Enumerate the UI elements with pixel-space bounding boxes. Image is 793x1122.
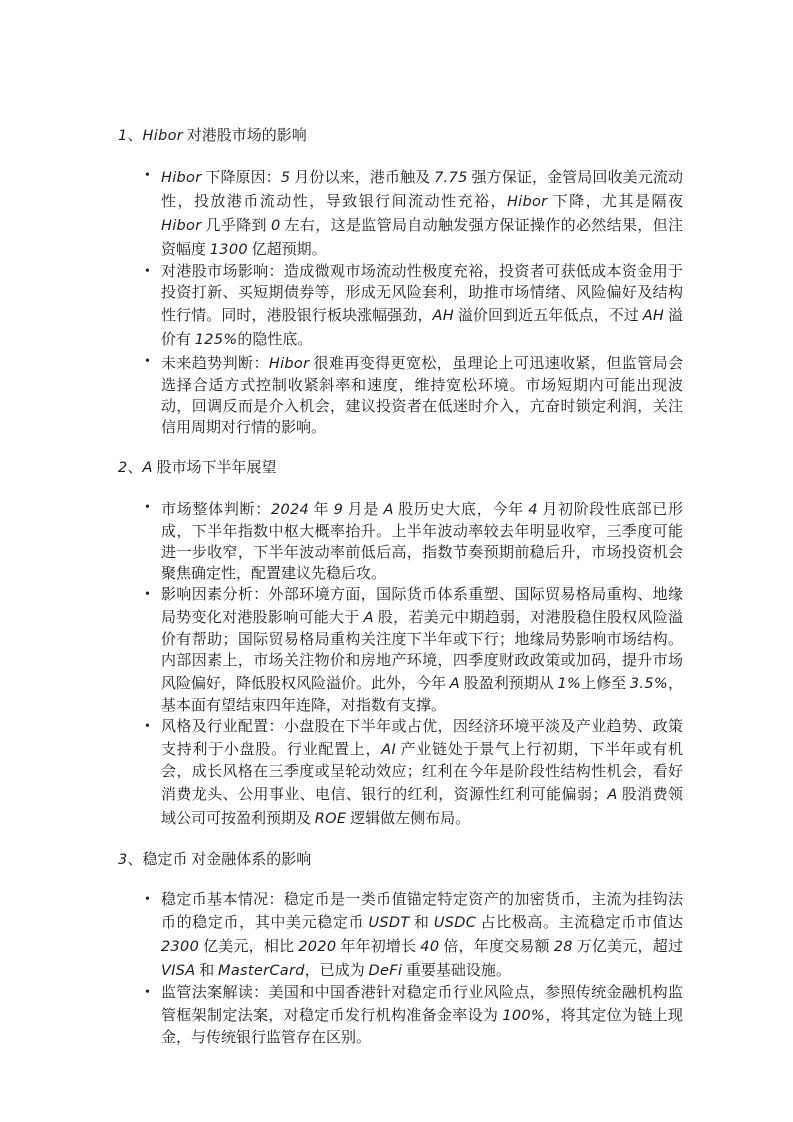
list-item: • 稳定币基本情况：稳定币是一类币值锚定特定资产的加密货币，主流为挂钩法币的稳定… (118, 890, 683, 983)
latin-text: USDT (368, 915, 409, 931)
list-item-text: 对港股市场影响：造成微观市场流动性极度充裕，投资者可获低成本资金用于投资打新、买… (161, 264, 683, 348)
document-content: 1、Hibor 对港股市场的影响 • Hibor 下降原因：5 月份以来，港币触… (0, 0, 793, 1049)
bullet-icon: • (145, 982, 150, 1003)
section-heading: 1、Hibor 对港股市场的影响 (118, 124, 683, 148)
latin-text: USDC (434, 915, 476, 931)
latin-text: 9 (334, 502, 344, 518)
latin-text: A (450, 676, 460, 692)
document-section: 2、A 股市场下半年展望 • 市场整体判断：2024 年 9 月是 A 股历史大… (118, 456, 683, 831)
list-item: • 市场整体判断：2024 年 9 月是 A 股历史大底，今年 4 月初阶段性底… (118, 498, 683, 585)
bullet-icon: • (145, 716, 150, 737)
list-item: • 对港股市场影响：造成微观市场流动性极度充裕，投资者可获低成本资金用于投资打新… (118, 262, 683, 352)
latin-text: 2 (118, 460, 128, 476)
latin-text: Hibor (161, 170, 201, 186)
bullet-list: • 稳定币基本情况：稳定币是一类币值锚定特定资产的加密货币，主流为挂钩法币的稳定… (118, 890, 683, 1049)
latin-text: A (364, 610, 374, 626)
list-item: • Hibor 下降原因：5 月份以来，港币触及 7.75 强方保证，金管局回收… (118, 166, 683, 262)
list-item: • 监管法案解读：美国和中国香港针对稳定币行业风险点，参照传统金融机构监管框架制… (118, 983, 683, 1049)
latin-text: 1% (558, 676, 582, 692)
list-item: • 风格及行业配置：小盘股在下半年或占优，因经济环境平淡及产业趋势、政策支持利于… (118, 717, 683, 831)
list-item-text: Hibor 下降原因：5 月份以来，港币触及 7.75 强方保证，金管局回收美元… (161, 170, 683, 258)
latin-text: 1 (118, 128, 128, 144)
list-item: • 影响因素分析：外部环境方面，国际货币体系重塑、国际贸易格局重构、地缘局势变化… (118, 585, 683, 717)
list-item-text: 稳定币基本情况：稳定币是一类币值锚定特定资产的加密货币，主流为挂钩法币的稳定币，… (161, 892, 683, 979)
list-item-text: 影响因素分析：外部环境方面，国际货币体系重塑、国际贸易格局重构、地缘局势变化对港… (161, 587, 683, 714)
latin-text: A (607, 787, 617, 803)
latin-text: 28 (554, 939, 573, 955)
bullet-icon: • (145, 889, 150, 910)
latin-text: AI (381, 742, 396, 758)
latin-text: Hibor (269, 356, 309, 372)
list-item: • 未来趋势判断：Hibor 很难再变得更宽松，虽理论上可迅速收紧，但监管局会选… (118, 352, 683, 439)
latin-text: 2020 (298, 939, 336, 955)
bullet-list: • 市场整体判断：2024 年 9 月是 A 股历史大底，今年 4 月初阶段性底… (118, 498, 683, 831)
bullet-icon: • (145, 165, 150, 186)
bullet-icon: • (145, 351, 150, 372)
latin-text: 125% (195, 332, 238, 348)
latin-text: VISA (161, 963, 196, 979)
latin-text: 2024 (271, 502, 309, 518)
latin-text: 7.75 (434, 170, 468, 186)
list-item-text: 市场整体判断：2024 年 9 月是 A 股历史大底，今年 4 月初阶段性底部已… (161, 502, 683, 582)
latin-text: 1300 (210, 242, 248, 258)
bullet-list: • Hibor 下降原因：5 月份以来，港币触及 7.75 强方保证，金管局回收… (118, 166, 683, 439)
latin-text: 100% (502, 1008, 545, 1024)
latin-text: A (143, 460, 153, 476)
bullet-icon: • (145, 584, 150, 605)
latin-text: 4 (528, 502, 538, 518)
latin-text: 0 (271, 218, 281, 234)
latin-text: 2300 (161, 939, 199, 955)
latin-text: MasterCard (218, 963, 305, 979)
section-heading: 2、A 股市场下半年展望 (118, 456, 683, 480)
latin-text: AH (433, 308, 454, 324)
latin-text: Hibor (507, 194, 547, 210)
latin-text: DeFi (369, 963, 403, 979)
latin-text: Hibor (143, 128, 183, 144)
latin-text: 5 (281, 170, 291, 186)
latin-text: Hibor (161, 218, 201, 234)
document-page: 1、Hibor 对港股市场的影响 • Hibor 下降原因：5 月份以来，港币触… (0, 0, 793, 1122)
latin-text: 40 (420, 939, 439, 955)
latin-text: AH (643, 308, 664, 324)
latin-text: 3.5% (630, 676, 668, 692)
bullet-icon: • (145, 261, 150, 282)
list-item-text: 监管法案解读：美国和中国香港针对稳定币行业风险点，参照传统金融机构监管框架制定法… (161, 985, 683, 1046)
section-heading: 3、稳定币 对金融体系的影响 (118, 848, 683, 872)
latin-text: 3 (118, 852, 128, 868)
list-item-text: 未来趋势判断：Hibor 很难再变得更宽松，虽理论上可迅速收紧，但监管局会选择合… (161, 356, 683, 436)
latin-text: A (384, 502, 394, 518)
document-section: 3、稳定币 对金融体系的影响 • 稳定币基本情况：稳定币是一类币值锚定特定资产的… (118, 848, 683, 1049)
bullet-icon: • (145, 497, 150, 518)
list-item-text: 风格及行业配置：小盘股在下半年或占优，因经济环境平淡及产业趋势、政策支持利于小盘… (161, 719, 683, 827)
latin-text: ROE (315, 811, 347, 827)
document-section: 1、Hibor 对港股市场的影响 • Hibor 下降原因：5 月份以来，港币触… (118, 124, 683, 439)
